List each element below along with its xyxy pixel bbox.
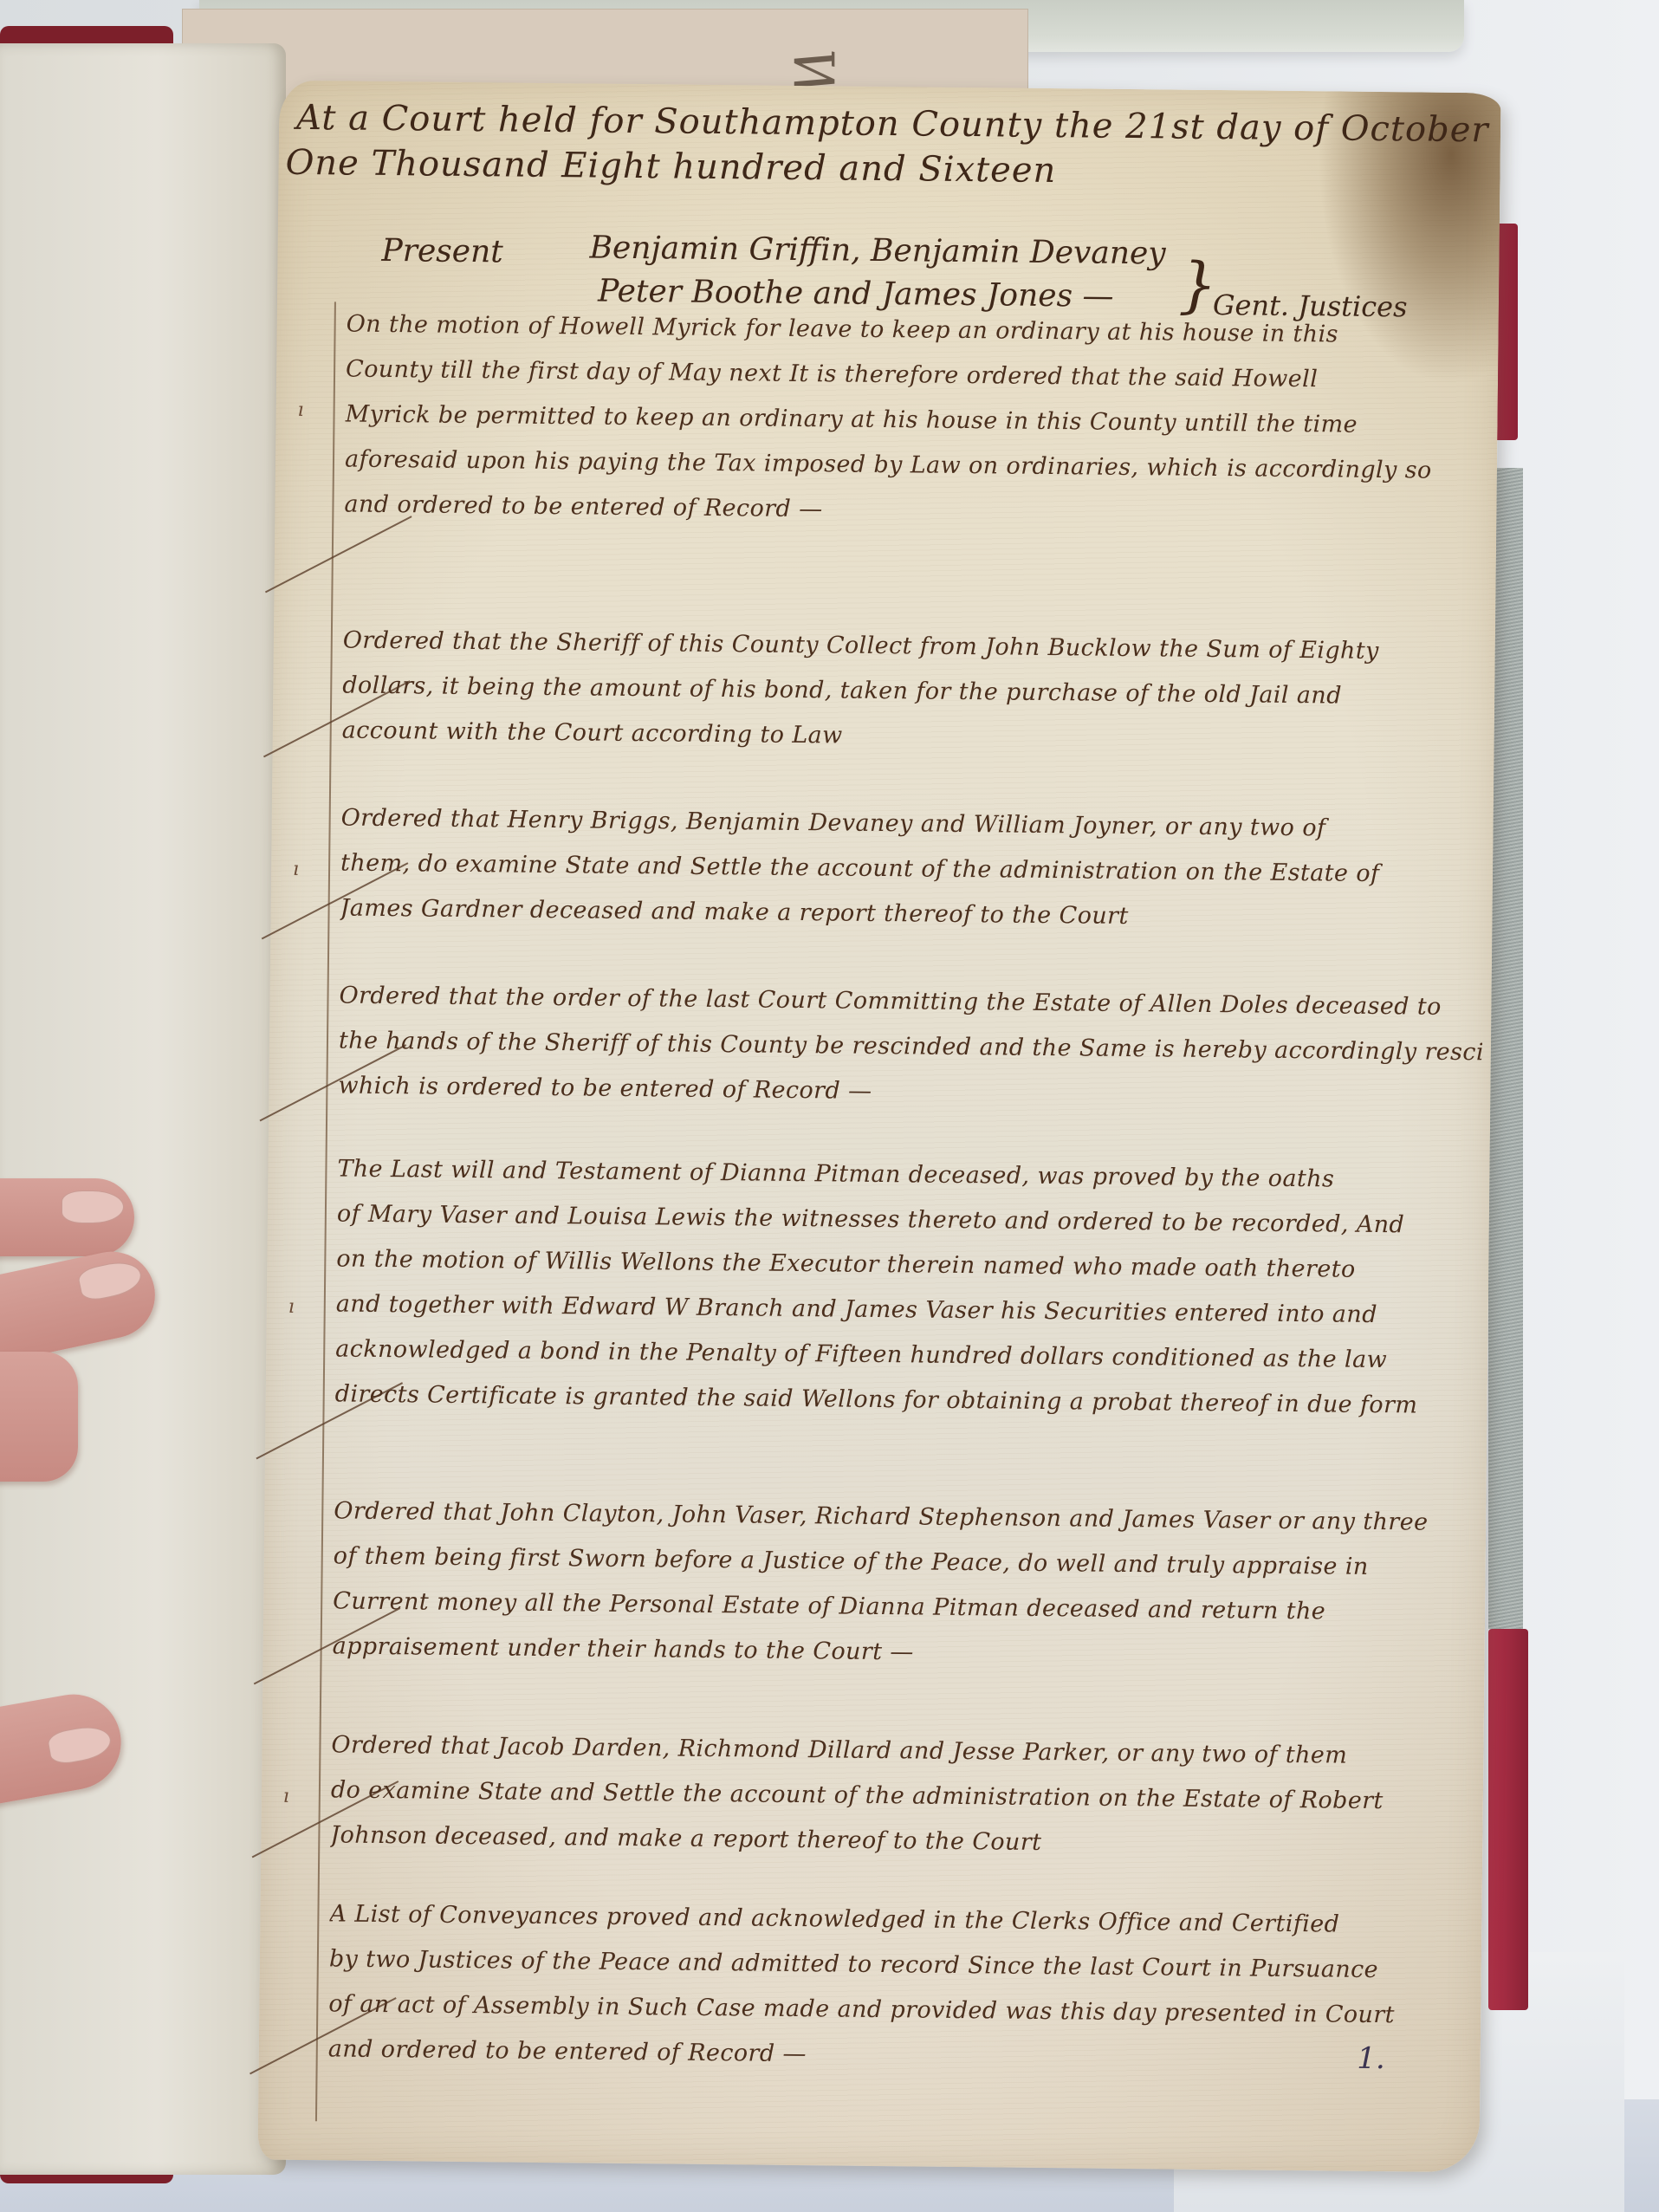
fingernail xyxy=(76,1257,144,1302)
justices-line1: Benjamin Griffin, Benjamin Devaney xyxy=(589,226,1166,276)
thumbnail xyxy=(46,1722,113,1766)
register-page: At a Court held for Southampton County t… xyxy=(257,81,1500,2173)
present-label: Present xyxy=(381,233,503,269)
thumb xyxy=(0,1687,128,1805)
court-entry-conveyances: A List of Conveyances proved and acknowl… xyxy=(328,1891,1474,2084)
fingernail xyxy=(62,1190,124,1223)
margin-tick: ı xyxy=(288,1285,295,1330)
finger xyxy=(0,1243,163,1364)
book-spine-red-bottom xyxy=(1488,1629,1528,2010)
palm xyxy=(0,1352,78,1482)
margin-tick: ı xyxy=(297,388,304,433)
court-entry-pitman-appraisal: Ordered that John Clayton, John Vaser, R… xyxy=(332,1489,1477,1681)
court-entry-gardner-estate: ı Ordered that Henry Briggs, Benjamin De… xyxy=(340,795,1485,943)
justices-brace: } xyxy=(1178,263,1217,307)
hand-holding-page xyxy=(0,1178,165,1871)
court-entry-johnson-estate: ı Ordered that Jacob Darden, Richmond Di… xyxy=(330,1722,1475,1870)
court-entry-doles-estate: Ordered that the order of the last Court… xyxy=(338,973,1483,1120)
court-heading-line2: One Thousand Eight hundred and Sixteen xyxy=(285,143,1056,191)
finger xyxy=(0,1178,134,1256)
margin-tick: ı xyxy=(283,1774,290,1820)
court-entry-sheriff-collect: Ordered that the Sheriff of this County … xyxy=(341,618,1487,765)
court-entry-pitman-will: ı The Last will and Testament of Dianna … xyxy=(334,1146,1481,1429)
court-heading-line1: At a Court held for Southampton County t… xyxy=(296,98,1489,150)
page-number: 1. xyxy=(1357,2041,1385,2076)
margin-tick: ı xyxy=(293,847,300,892)
court-entry-ordinary-license: ı On the motion of Howell Myrick for lea… xyxy=(344,302,1490,540)
